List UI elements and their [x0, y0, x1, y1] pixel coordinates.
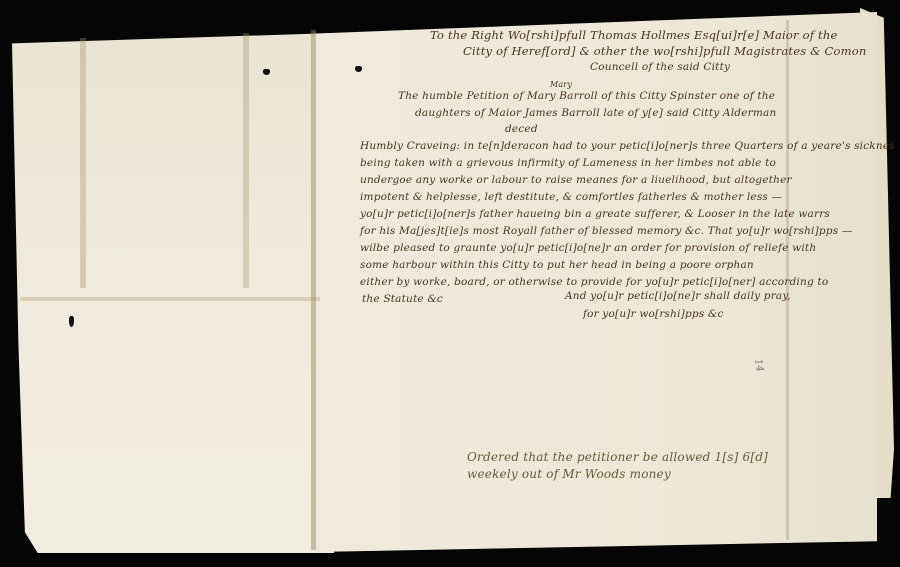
body-line: impotent & helplesse, left destitute, & …	[360, 191, 782, 203]
body-line: the Statute &c	[362, 293, 443, 305]
fold-crease	[243, 33, 249, 288]
address-line: To the Right Wo[rshi]pfull Thomas Hollme…	[430, 28, 837, 42]
body-line: undergoe any worke or labour to raise me…	[360, 174, 792, 186]
interlinear-note: Mary	[550, 80, 572, 89]
worm-hole	[69, 316, 74, 327]
petition-heading-line: daughters of Maior James Barroll late of…	[415, 107, 776, 119]
closing-line: for yo[u]r wo[rshi]pps &c	[583, 308, 724, 320]
center-fold-crease	[311, 30, 316, 550]
order-note-line: Ordered that the petitioner be allowed 1…	[467, 450, 768, 464]
order-note-line: weekely out of Mr Woods money	[467, 467, 671, 481]
body-line: wilbe pleased to graunte yo[u]r petic[i]…	[360, 242, 816, 254]
body-line: for his Ma[jes]t[ie]s most Royall father…	[360, 225, 853, 237]
worm-hole	[263, 69, 270, 75]
left-folded-panel	[12, 33, 334, 553]
address-line: Councell of the said Citty	[590, 61, 730, 73]
fold-crease	[80, 38, 86, 288]
horizontal-fold-crease	[20, 297, 320, 301]
body-line: either by worke, board, or otherwise to …	[360, 276, 828, 288]
body-line: Humbly Craveing: in te[n]deracon had to …	[360, 140, 895, 152]
petition-heading-line: deced	[505, 123, 538, 135]
body-line: some harbour within this Citty to put he…	[360, 259, 754, 271]
worm-hole	[355, 66, 362, 72]
closing-line: And yo[u]r petic[i]o[ne]r shall daily pr…	[565, 290, 791, 302]
address-line: Citty of Heref[ord] & other the wo[rshi]…	[463, 44, 866, 58]
body-line: being taken with a grievous infirmity of…	[360, 157, 776, 169]
petition-heading-line: The humble Petition of Mary Barroll of t…	[398, 90, 775, 102]
pencil-folio-number: 14	[752, 358, 765, 373]
body-line: yo[u]r petic[i]o[ner]s father haueing bi…	[360, 208, 830, 220]
